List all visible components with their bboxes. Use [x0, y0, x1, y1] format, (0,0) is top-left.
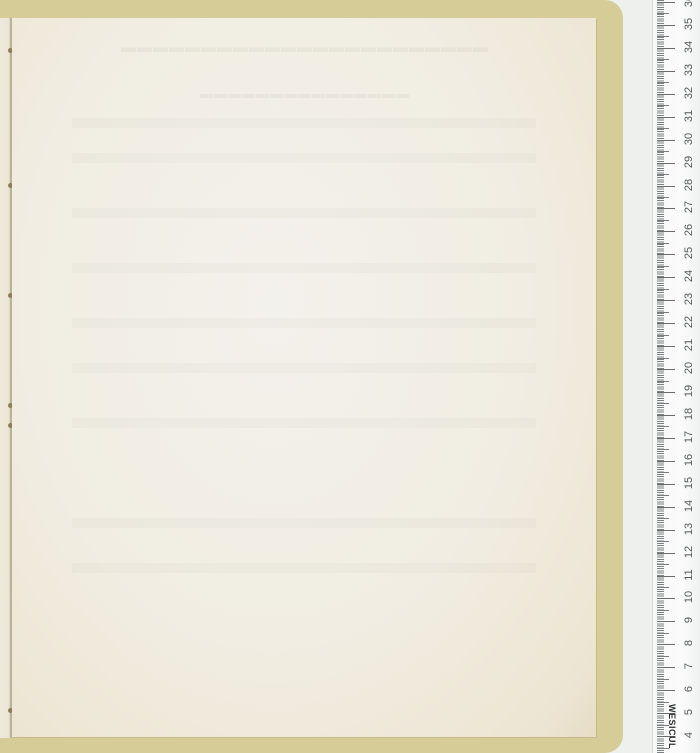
ruler-number: 18	[683, 404, 695, 424]
ruler-major-tick	[657, 553, 675, 554]
bleed-through-subheading: ▬▬▬▬▬▬▬▬▬▬▬▬▬▬▬	[12, 86, 596, 102]
ruler-number: 22	[683, 312, 695, 332]
ruler-major-tick	[657, 71, 675, 72]
centimeter-ruler: 3635343332313029282726252423222120191817…	[652, 0, 700, 753]
ruler-number: 19	[683, 381, 695, 401]
ruler-major-tick	[657, 163, 675, 164]
ruler-number: 23	[683, 289, 695, 309]
ruler-half-tick	[657, 266, 669, 267]
ruler-half-tick	[657, 403, 669, 404]
ruler-major-tick	[657, 530, 675, 531]
bleed-through-line	[72, 208, 536, 218]
ruler-number: 14	[683, 496, 695, 516]
bleed-through-line	[72, 263, 536, 273]
ruler-major-tick	[657, 117, 675, 118]
ruler-number: 9	[683, 610, 695, 630]
ruler-major-tick	[657, 484, 675, 485]
bleed-through-line	[72, 118, 536, 128]
ruler-half-tick	[657, 174, 669, 175]
ruler-major-tick	[657, 369, 675, 370]
ruler-major-tick	[657, 690, 675, 691]
ruler-number: 28	[683, 175, 695, 195]
ruler-half-tick	[657, 426, 669, 427]
ruler-number: 32	[683, 83, 695, 103]
ruler-major-tick	[657, 621, 675, 622]
ruler-half-tick	[657, 702, 669, 703]
ruler-half-tick	[657, 679, 669, 680]
ruler-number: 16	[683, 450, 695, 470]
ruler-major-tick	[657, 231, 675, 232]
ruler-major-tick	[657, 415, 675, 416]
ruler-major-tick	[657, 598, 675, 599]
ruler-number: 17	[683, 427, 695, 447]
ruler-major-tick	[657, 644, 675, 645]
ruler-half-tick	[657, 381, 669, 382]
ruler-number: 26	[683, 220, 695, 240]
ruler-number: 33	[683, 60, 695, 80]
ruler-major-tick	[657, 186, 675, 187]
ruler-half-tick	[657, 312, 669, 313]
ruler-major-tick	[657, 507, 675, 508]
ruler-half-tick	[657, 36, 669, 37]
ruler-major-tick	[657, 277, 675, 278]
bleed-through-line	[72, 418, 536, 428]
ruler-number: 29	[683, 152, 695, 172]
ruler-major-tick	[657, 140, 675, 141]
ruler-half-tick	[657, 220, 669, 221]
ruler-number: 27	[683, 197, 695, 217]
ruler-major-tick	[657, 461, 675, 462]
ruler-half-tick	[657, 13, 669, 14]
ruler-half-tick	[657, 633, 669, 634]
ruler-major-tick	[657, 25, 675, 26]
ruler-number: 12	[683, 542, 695, 562]
booklet-binding-edge	[0, 18, 12, 738]
ruler-half-tick	[657, 243, 669, 244]
ruler-half-tick	[657, 610, 669, 611]
ruler-major-tick	[657, 48, 675, 49]
ruler-minor-ticks	[657, 0, 677, 753]
ruler-major-tick	[657, 346, 675, 347]
bleed-through-heading: ▬▬▬▬▬▬▬▬▬▬▬▬▬▬▬▬▬▬▬▬▬▬▬	[12, 40, 596, 57]
ruler-number: 7	[683, 656, 695, 676]
ruler-number: 5	[683, 702, 695, 722]
ruler-half-tick	[657, 564, 669, 565]
ruler-number: 20	[683, 358, 695, 378]
ruler-number: 24	[683, 266, 695, 286]
ruler-major-tick	[657, 2, 675, 3]
ruler-major-tick	[657, 576, 675, 577]
ruler-half-tick	[657, 197, 669, 198]
ruler-half-tick	[657, 472, 669, 473]
ruler-major-tick	[657, 254, 675, 255]
bleed-through-line	[72, 318, 536, 328]
ruler-major-tick	[657, 438, 675, 439]
ruler-major-tick	[657, 300, 675, 301]
ruler-half-tick	[657, 59, 669, 60]
ruler-half-tick	[657, 449, 669, 450]
ruler-half-tick	[657, 289, 669, 290]
ruler-number: 21	[683, 335, 695, 355]
ruler-major-tick	[657, 208, 675, 209]
bleed-through-line	[72, 363, 536, 373]
ruler-half-tick	[657, 358, 669, 359]
ruler-half-tick	[657, 105, 669, 106]
ruler-half-tick	[657, 128, 669, 129]
ruler-number: 36	[683, 0, 695, 11]
ruler-number: 13	[683, 519, 695, 539]
ruler-number: 34	[683, 37, 695, 57]
ruler-number: 10	[683, 587, 695, 607]
ruler-number: 35	[683, 14, 695, 34]
ruler-number: 31	[683, 106, 695, 126]
ruler-half-tick	[657, 656, 669, 657]
ruler-half-tick	[657, 495, 669, 496]
ruler-major-tick	[657, 392, 675, 393]
ruler-number: 8	[683, 633, 695, 653]
ruler-half-tick	[657, 518, 669, 519]
ruler-half-tick	[657, 151, 669, 152]
ruler-major-tick	[657, 323, 675, 324]
ruler-half-tick	[657, 587, 669, 588]
ruler-number: 25	[683, 243, 695, 263]
ruler-major-tick	[657, 667, 675, 668]
ruler-half-tick	[657, 82, 669, 83]
bleed-through-line	[72, 153, 536, 163]
ruler-brand-label: WESICUL	[663, 704, 677, 750]
ruler-major-tick	[657, 94, 675, 95]
bleed-through-line	[72, 563, 536, 573]
blank-page: ▬▬▬▬▬▬▬▬▬▬▬▬▬▬▬▬▬▬▬▬▬▬▬ ▬▬▬▬▬▬▬▬▬▬▬▬▬▬▬	[12, 18, 596, 737]
ruler-number: 11	[683, 565, 695, 585]
ruler-number: 15	[683, 473, 695, 493]
ruler-half-tick	[657, 335, 669, 336]
ruler-number: 6	[683, 679, 695, 699]
bleed-through-line	[72, 518, 536, 528]
ruler-half-tick	[657, 541, 669, 542]
ruler-number: 30	[683, 129, 695, 149]
scan-background: ▬▬▬▬▬▬▬▬▬▬▬▬▬▬▬▬▬▬▬▬▬▬▬ ▬▬▬▬▬▬▬▬▬▬▬▬▬▬▬ …	[0, 0, 700, 753]
ruler-number: 4	[683, 725, 695, 745]
